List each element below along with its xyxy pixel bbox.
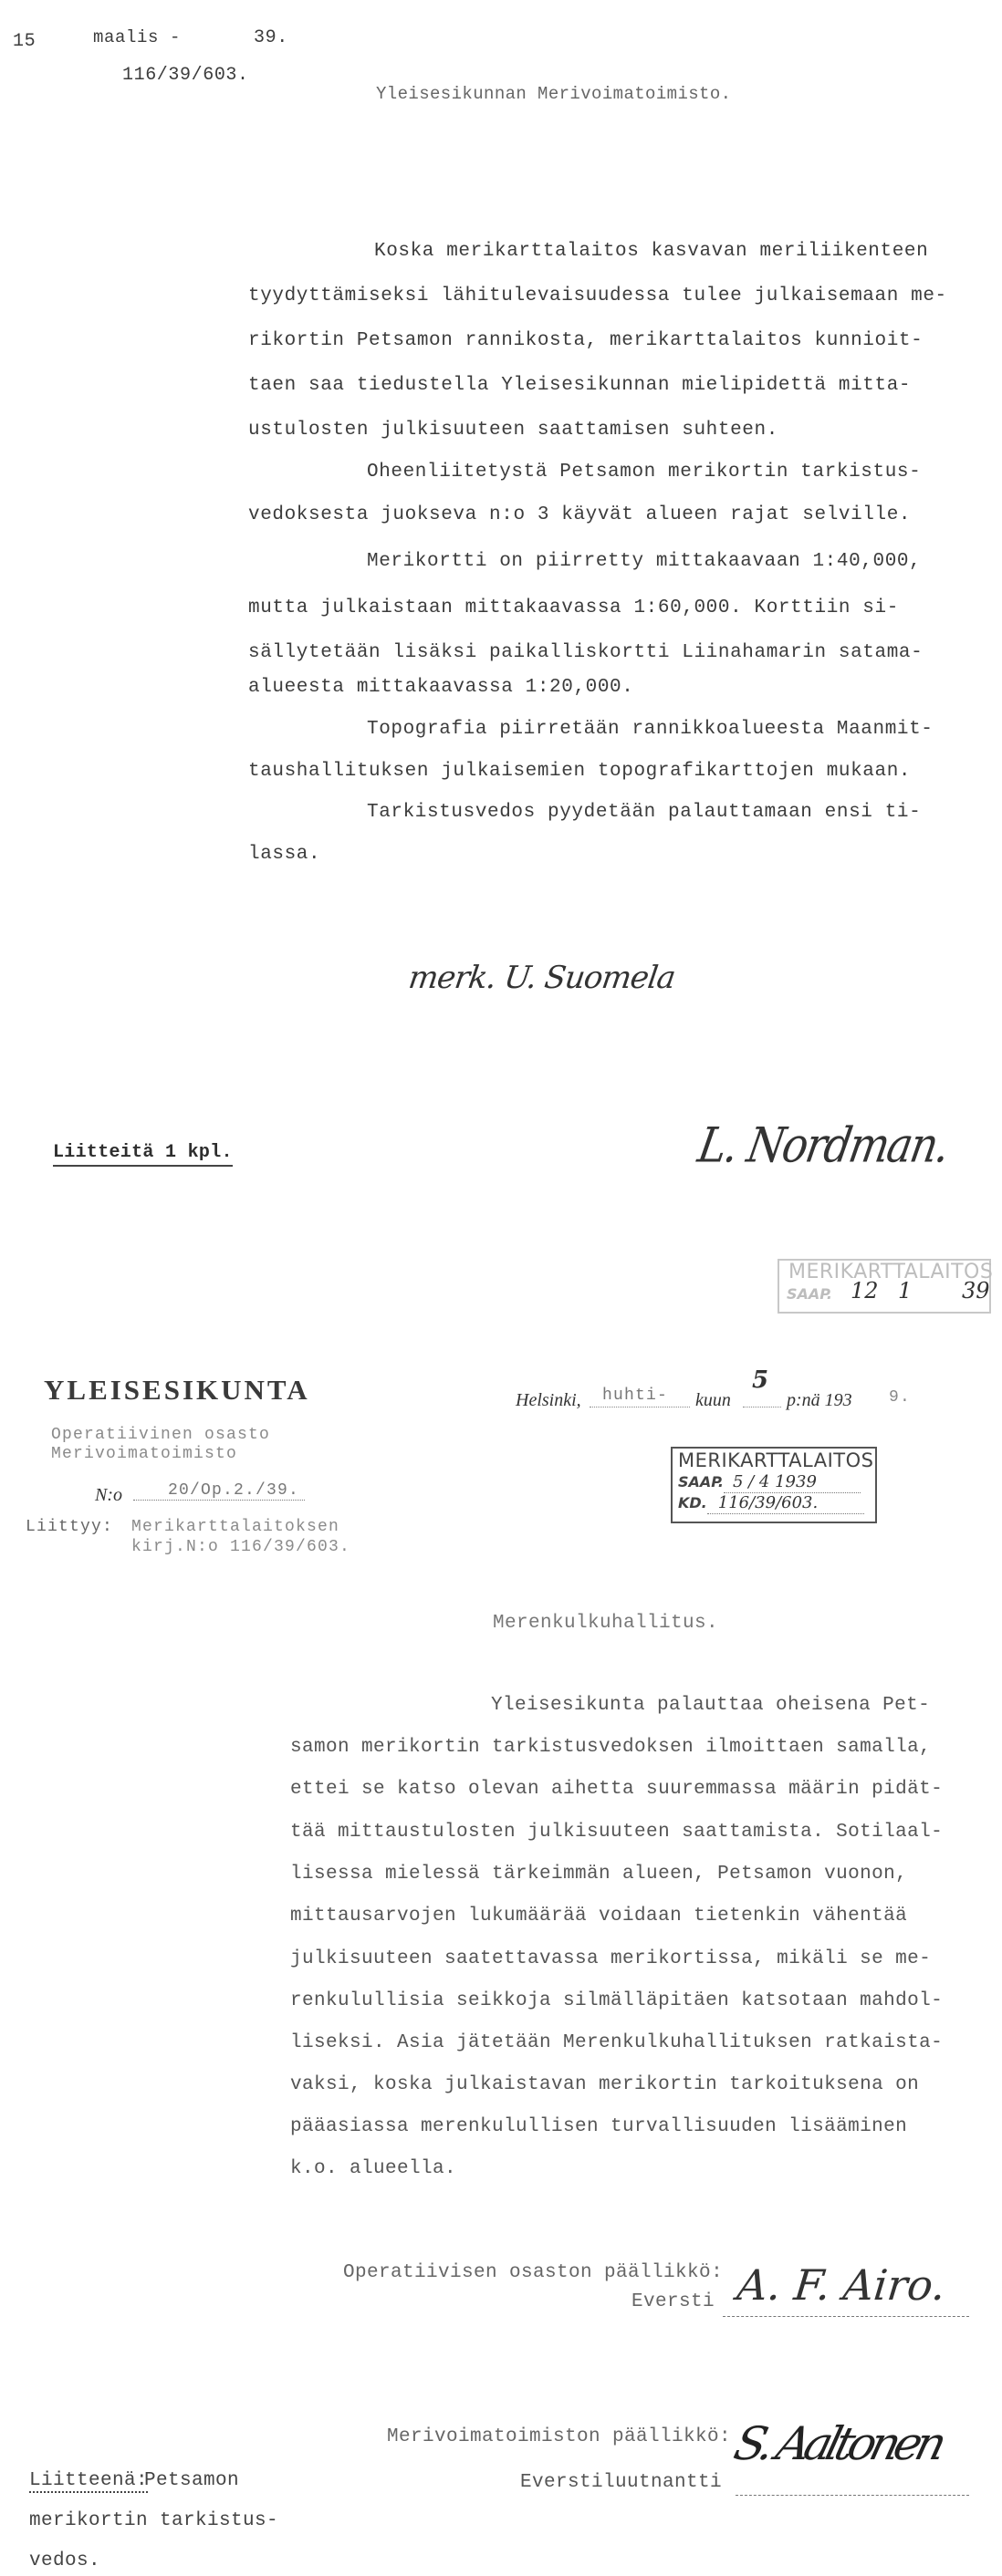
body-line: lassa. xyxy=(248,844,320,865)
stamp-month: 1 xyxy=(898,1281,912,1301)
stamp-saap-label: SAAP. xyxy=(787,1285,832,1303)
place: Helsinki, xyxy=(516,1390,581,1411)
stamp-saap-label: SAAP. xyxy=(678,1473,724,1491)
attachment-line-3: vedos. xyxy=(29,2550,100,2571)
month-value: huhti- xyxy=(602,1387,668,1405)
reference-line-2: kirj.N:o 116/39/603. xyxy=(131,1538,350,1556)
body-line: lisessa mielessä tärkeimmän alueen, Pets… xyxy=(290,1864,907,1885)
letterhead-title: YLEISESIKUNTA xyxy=(44,1374,310,1407)
body-line: renkulullisia seikkoja silmälläpitäen ka… xyxy=(290,1990,943,2011)
body-line: ustulosten julkisuuteen saattamisen suht… xyxy=(248,420,778,441)
body-line: Merikortti on piirretty mittakaavaan 1:4… xyxy=(367,551,921,572)
day-suffix: p:nä 193 xyxy=(787,1390,852,1411)
reference-label: Liittyy: xyxy=(26,1518,113,1536)
body-line: julkisuuteen saatettavassa merikortissa,… xyxy=(290,1948,931,1969)
stamp-kd-label: KD. xyxy=(678,1494,707,1511)
body-line: Koska merikarttalaitos kasvavan meriliik… xyxy=(374,241,928,262)
body-line: alueesta mittakaavassa 1:20,000. xyxy=(248,677,633,698)
body-line: ettei se katso olevan aihetta suuremmass… xyxy=(290,1779,943,1800)
signer1-title: Operatiivisen osaston päällikkö: xyxy=(343,2262,723,2283)
body-line: sällytetään lisäksi paikalliskortti Liin… xyxy=(248,642,923,663)
department-line-1: Operatiivinen osasto xyxy=(51,1426,270,1444)
received-stamp-faint: MERIKARTTALAITOS SAAP. 12 1 39 xyxy=(778,1259,991,1314)
attachment-line-1: Petsamon xyxy=(144,2470,239,2491)
addressee: Merenkulkuhallitus. xyxy=(493,1613,718,1634)
addressee: Yleisesikunnan Merivoimatoimisto. xyxy=(376,84,731,104)
received-stamp: MERIKARTTALAITOS SAAP.5 / 4 1939 KD.116/… xyxy=(671,1447,877,1523)
month-suffix: kuun xyxy=(695,1390,731,1411)
attachments-count: Liitteitä 1 kpl. xyxy=(53,1142,233,1167)
signer2-line xyxy=(736,2494,969,2496)
body-line: k.o. alueella. xyxy=(290,2158,456,2179)
reference-number: 116/39/603. xyxy=(122,65,249,86)
day-field: 5 xyxy=(743,1387,781,1407)
date-year: 39. xyxy=(254,27,288,48)
month-field: huhti- xyxy=(590,1387,690,1407)
number-label: N:o xyxy=(95,1485,122,1506)
stamp-year: 39 xyxy=(962,1281,990,1301)
body-line: mutta julkaistaan mittakaavassa 1:60,000… xyxy=(248,597,899,618)
signer2-title: Merivoimatoimiston päällikkö: xyxy=(387,2426,731,2447)
body-line: taen saa tiedustella Yleisesikunnan miel… xyxy=(248,375,911,396)
stamp-title: MERIKARTTALAITOS xyxy=(673,1449,875,1472)
signer2-rank: Everstiluutnantti xyxy=(520,2472,722,2493)
attachment-label: Liitteenä: xyxy=(29,2470,148,2493)
body-line: vaksi, koska julkaistavan merikortin tar… xyxy=(290,2074,919,2095)
signer1-line xyxy=(723,2315,969,2317)
stamp-saap-value: 5 / 4 1939 xyxy=(724,1472,861,1493)
reference-line-1: Merikarttalaitoksen xyxy=(131,1518,339,1536)
stamp-day: 12 xyxy=(851,1281,879,1301)
stamp-kd-value: 116/39/603. xyxy=(707,1493,864,1514)
year-digit: 9. xyxy=(889,1388,911,1407)
body-line: Yleisesikunta palauttaa oheisena Pet- xyxy=(491,1695,930,1716)
signature-suomela: merk. U. Suomela xyxy=(406,960,677,996)
body-line: tyydyttämiseksi lähitulevaisuudessa tule… xyxy=(248,286,947,306)
date-day: 15 xyxy=(13,31,36,52)
signature-nordman: L. Nordman. xyxy=(694,1117,953,1173)
body-line: taushallituksen julkaisemien topografika… xyxy=(248,761,911,782)
body-line: rikortin Petsamon rannikosta, merikartta… xyxy=(248,330,923,351)
body-line: Tarkistusvedos pyydetään palauttamaan en… xyxy=(367,802,921,823)
signer1-signature: A. F. Airo. xyxy=(735,2260,948,2310)
department-line-2: Merivoimatoimisto xyxy=(51,1445,237,1463)
body-line: pääasiassa merenkulullisen turvallisuude… xyxy=(290,2116,907,2137)
body-line: Oheenliitetystä Petsamon merikortin tark… xyxy=(367,462,921,483)
body-line: vedoksesta juokseva n:o 3 käyvät alueen … xyxy=(248,504,911,525)
body-line: tää mittaustulosten julkisuuteen saattam… xyxy=(290,1822,943,1843)
signer2-signature: S. Aaltonen xyxy=(729,2417,947,2470)
stamp-title: MERIKARTTALAITOS xyxy=(779,1261,989,1284)
body-line: mittausarvojen lukumäärää voidaan tieten… xyxy=(290,1906,907,1927)
body-line: Topografia piirretään rannikkoalueesta M… xyxy=(367,719,934,740)
signer1-rank: Eversti xyxy=(631,2291,715,2312)
number-value: 20/Op.2./39. xyxy=(133,1481,305,1501)
attachment-line-2: merikortin tarkistus- xyxy=(29,2510,278,2531)
body-line: samon merikortin tarkistusvedoksen ilmoi… xyxy=(290,1737,931,1758)
body-line: liseksi. Asia jätetään Merenkulkuhallitu… xyxy=(290,2032,943,2053)
date-month: maalis - xyxy=(93,27,181,47)
day-value: 5 xyxy=(752,1366,768,1394)
